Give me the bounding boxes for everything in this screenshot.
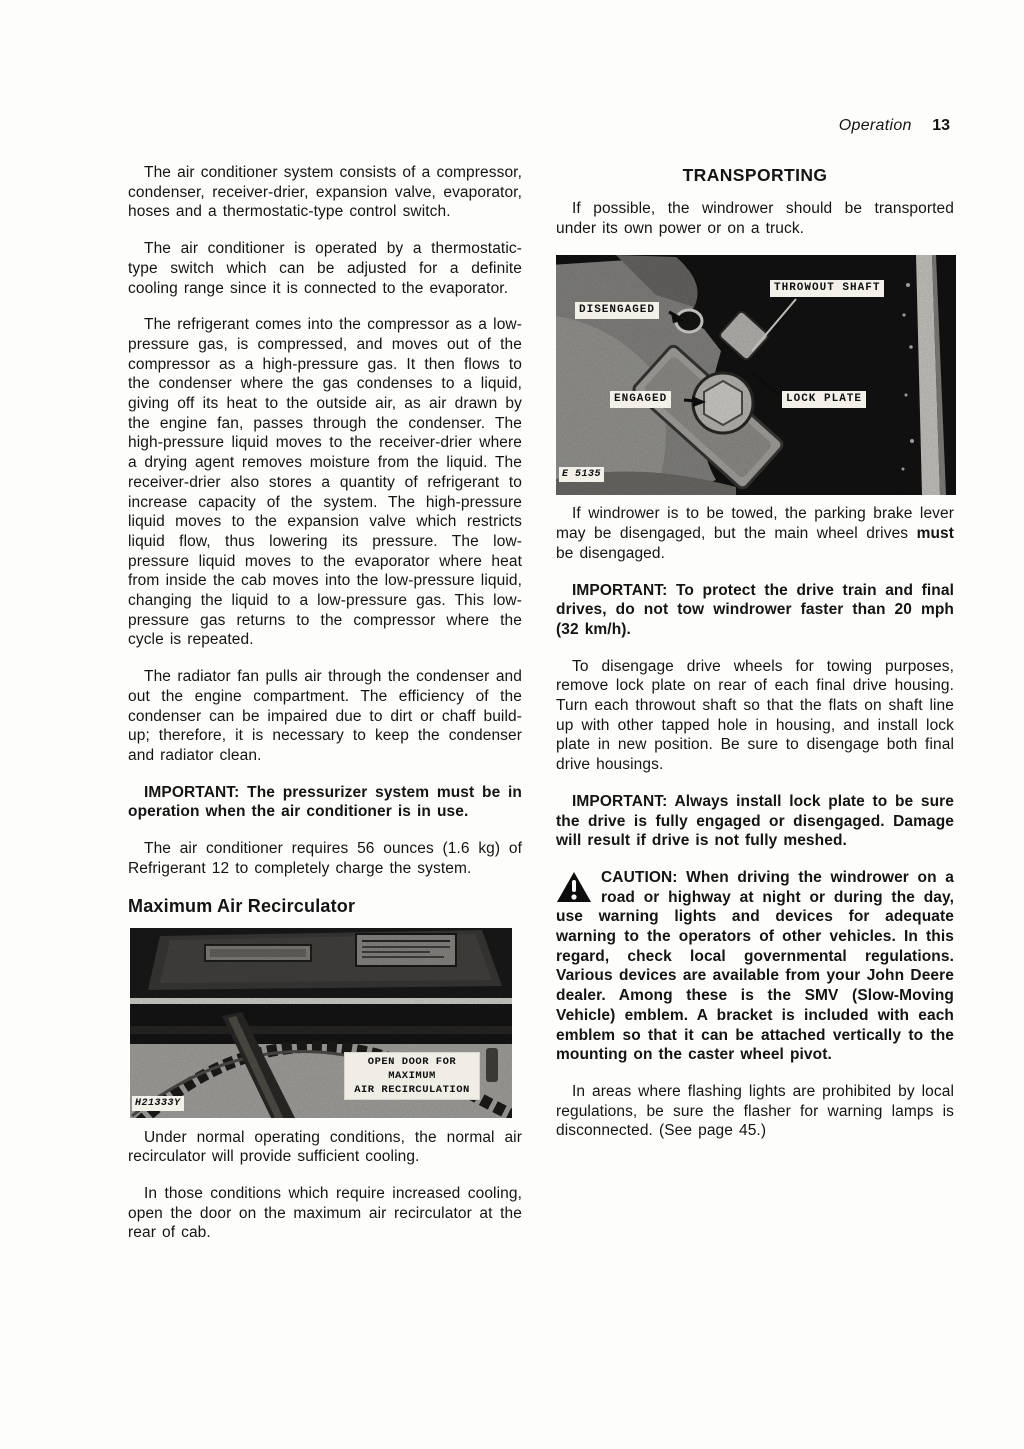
paragraph-towing: If windrower is to be towed, the parking… (556, 504, 954, 563)
running-header: Operation 13 (839, 117, 950, 135)
caution-warning-icon (556, 871, 592, 903)
paragraph-refrigerant-cycle: The refrigerant comes into the compresso… (128, 315, 522, 650)
paragraph-towing-post: be disengaged. (556, 545, 665, 562)
photo-code-left: H21333Y (132, 1096, 184, 1111)
right-column: TRANSPORTING If possible, the windrower … (556, 163, 954, 1158)
important-tow-speed: IMPORTANT: To protect the drive train an… (556, 581, 954, 640)
paragraph-radiator-fan: The radiator fan pulls air through the c… (128, 667, 522, 766)
manual-page: Operation 13 The air conditioner system … (0, 0, 1024, 1449)
paragraph-ac-operated: The air conditioner is operated by a the… (128, 239, 522, 298)
paragraph-towing-pre: If windrower is to be towed, the parking… (556, 505, 954, 542)
throwout-shaft-photo-art (556, 255, 956, 495)
heading-transporting: TRANSPORTING (556, 165, 954, 186)
important-lock-plate: IMPORTANT: Always install lock plate to … (556, 792, 954, 851)
paragraph-normal-recirculator: Under normal operating conditions, the n… (128, 1128, 522, 1167)
paragraph-disengage-wheels: To disengage drive wheels for towing pur… (556, 657, 954, 775)
photo-label-open-door-line2: MAXIMUM (346, 1069, 478, 1083)
photo-label-engaged: ENGAGED (610, 391, 671, 408)
paragraph-increased-cooling: In those conditions which require increa… (128, 1184, 522, 1243)
photo-code-right: E 5135 (559, 467, 604, 482)
paragraph-towing-bold: must (917, 525, 954, 542)
paragraph-transport-intro: If possible, the windrower should be tra… (556, 199, 954, 238)
paragraph-ac-system: The air conditioner system consists of a… (128, 163, 522, 222)
left-column: The air conditioner system consists of a… (128, 163, 522, 1260)
photo-label-open-door-line1: OPEN DOOR FOR (346, 1055, 478, 1069)
photo-label-lock-plate: LOCK PLATE (782, 391, 866, 408)
paragraph-refrigerant-charge: The air conditioner requires 56 ounces (… (128, 839, 522, 878)
important-pressurizer: IMPORTANT: The pressurizer system must b… (128, 783, 522, 822)
photo-label-open-door: OPEN DOOR FOR MAXIMUM AIR RECIRCULATION (344, 1052, 480, 1100)
photo-label-open-door-line3: AIR RECIRCULATION (346, 1083, 478, 1097)
photo-throwout-shaft: THROWOUT SHAFT DISENGAGED ENGAGED LOCK P… (556, 255, 956, 495)
caution-block: CAUTION: When driving the windrower on a… (556, 868, 954, 1065)
caution-text: CAUTION: When driving the windrower on a… (556, 868, 954, 1065)
page-number: 13 (932, 117, 950, 134)
paragraph-flashing-lights: In areas where flashing lights are prohi… (556, 1082, 954, 1141)
photo-label-throwout-shaft: THROWOUT SHAFT (770, 280, 884, 297)
heading-maximum-air-recirculator: Maximum Air Recirculator (128, 896, 522, 917)
running-header-section: Operation (839, 117, 912, 134)
photo-maximum-air-recirculator: OPEN DOOR FOR MAXIMUM AIR RECIRCULATION … (130, 928, 512, 1118)
photo-label-disengaged: DISENGAGED (575, 302, 659, 319)
